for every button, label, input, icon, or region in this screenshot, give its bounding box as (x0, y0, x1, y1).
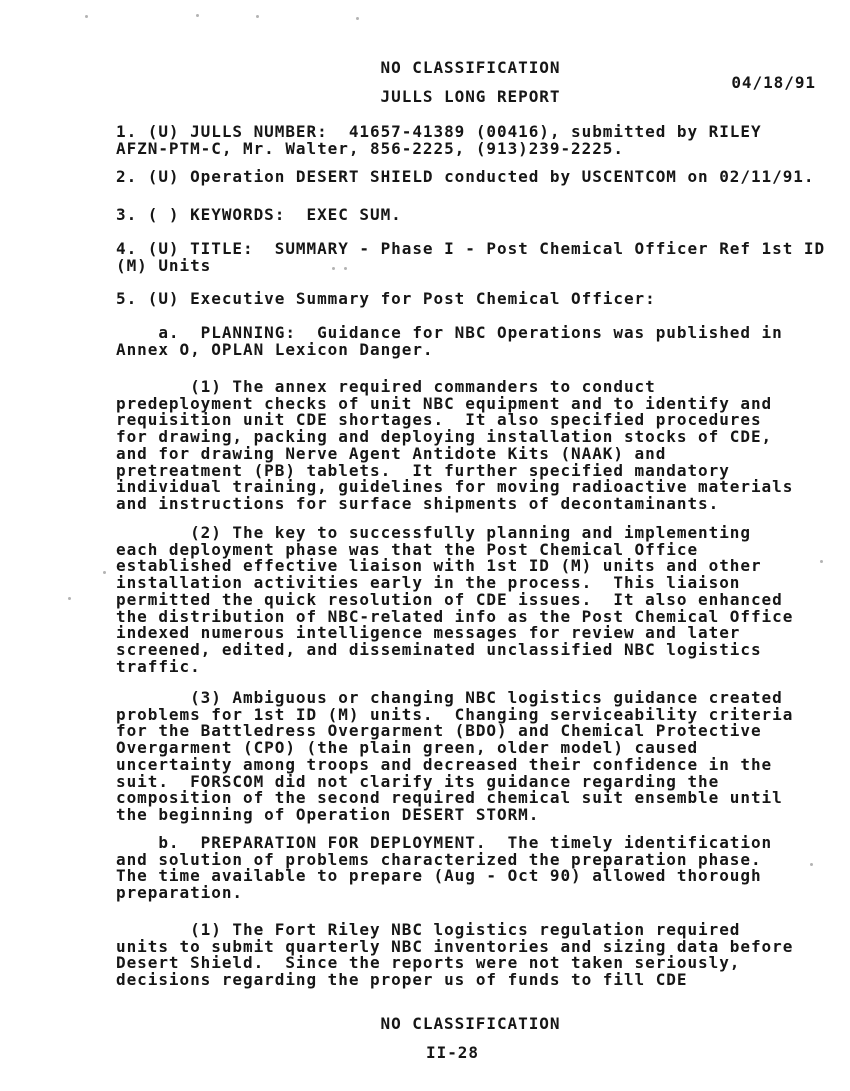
scan-speck (68, 597, 71, 600)
paragraph-julls-number: 1. (U) JULLS NUMBER: 41657-41389 (00416)… (116, 124, 825, 157)
scan-speck (103, 571, 106, 574)
paragraph-a-sub-2: (2) The key to successfully planning and… (116, 525, 825, 675)
paragraph-a-sub-3: (3) Ambiguous or changing NBC logistics … (116, 690, 825, 824)
paragraph-a-planning: a. PLANNING: Guidance for NBC Operations… (116, 325, 825, 358)
scan-speck (85, 15, 88, 18)
scan-speck (256, 15, 259, 18)
paragraph-operation: 2. (U) Operation DESERT SHIELD conducted… (116, 169, 825, 186)
paragraph-title: 4. (U) TITLE: SUMMARY - Phase I - Post C… (116, 241, 825, 274)
scan-speck (196, 14, 199, 17)
document-page: NO CLASSIFICATION 04/18/91 JULLS LONG RE… (0, 0, 850, 1091)
page-number: II-28 (98, 1045, 807, 1062)
scan-speck (356, 17, 359, 20)
paragraph-b-preparation: b. PREPARATION FOR DEPLOYMENT. The timel… (116, 835, 825, 902)
paragraph-keywords: 3. ( ) KEYWORDS: EXEC SUM. (116, 207, 825, 224)
classification-banner-bottom: NO CLASSIFICATION (116, 1016, 825, 1033)
paragraph-b-sub-1: (1) The Fort Riley NBC logistics regulat… (116, 922, 825, 989)
report-title: JULLS LONG REPORT (116, 89, 825, 106)
paragraph-a-sub-1: (1) The annex required commanders to con… (116, 379, 825, 513)
paragraph-executive-summary: 5. (U) Executive Summary for Post Chemic… (116, 291, 825, 308)
